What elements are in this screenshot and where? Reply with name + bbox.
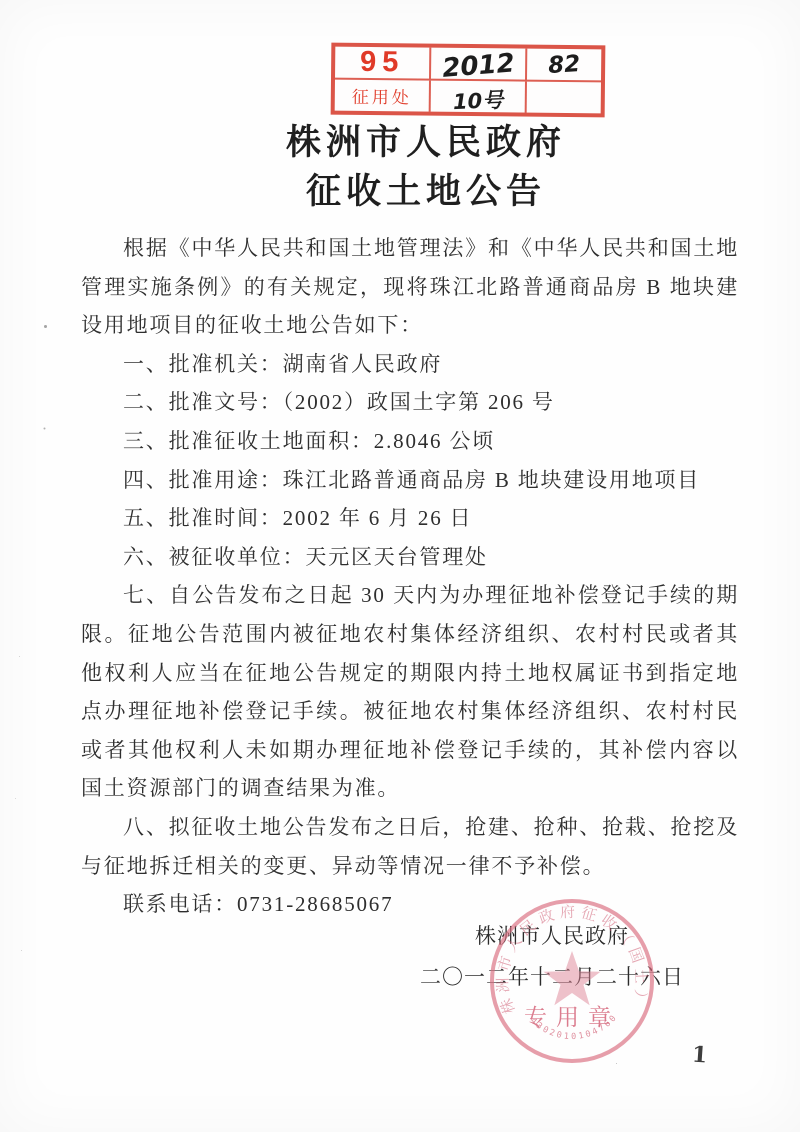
- stamp-cell-file-no: 10号: [431, 81, 527, 113]
- seal-center-text: 专用章: [524, 1005, 620, 1030]
- paragraph-item-8: 八、拟征收土地公告发布之日后，抢建、抢种、抢栽、抢挖及与征地拆迁相关的变更、异动…: [81, 808, 739, 885]
- seal-code: 4302010104760: [528, 1012, 620, 1042]
- signature-block: 株洲市人民政府 二〇一二年十二月二十六日: [413, 916, 691, 998]
- stamp-dept-text: 征用处: [352, 83, 412, 109]
- paragraph-item-4: 四、批准用途：珠江北路普通商品房 B 地块建设用地项目: [81, 461, 739, 500]
- signature-date: 二〇一二年十二月二十六日: [413, 957, 691, 998]
- paragraph-item-3: 三、批准征收土地面积：2.8046 公顷: [81, 422, 739, 461]
- paragraph-item-1: 一、批准机关：湖南省人民政府: [81, 345, 739, 384]
- stamp-cell-year: 2012: [431, 48, 527, 82]
- document-title: 株洲市人民政府 征收土地公告: [26, 118, 800, 216]
- paragraph-item-6: 六、被征收单位：天元区天台管理处: [81, 538, 739, 577]
- title-line-subject: 征收土地公告: [26, 167, 800, 216]
- stamp-cell-empty: [527, 82, 601, 114]
- stamp-cell-serial: 82: [527, 49, 601, 83]
- paragraph-item-2: 二、批准文号：（2002）政国土字第 206 号: [81, 383, 739, 422]
- page-number: 1: [691, 1041, 708, 1068]
- paragraph-intro: 根据《中华人民共和国土地管理法》和《中华人民共和国土地管理实施条例》的有关规定，…: [81, 229, 739, 345]
- paragraph-item-7: 七、自公告发布之日起 30 天内为办理征地补偿登记手续的期限。征地公告范围内被征…: [81, 576, 739, 808]
- handwritten-serial: 82: [547, 51, 581, 79]
- stamp-cell-doc-number: 95: [335, 47, 431, 81]
- document-body: 根据《中华人民共和国土地管理法》和《中华人民共和国土地管理实施条例》的有关规定，…: [81, 229, 739, 924]
- stamp-number-text: 95: [360, 46, 405, 79]
- registry-stamp-box: 95 2012 82 征用处 10号: [331, 43, 606, 118]
- scanned-document-page: 95 2012 82 征用处 10号 株洲市人民政府 征收土地公告 根据《中华人…: [0, 0, 800, 1132]
- seal-code-holder: 4302010104760: [528, 1012, 620, 1042]
- paragraph-item-5: 五、批准时间：2002 年 6 月 26 日: [81, 499, 739, 538]
- stamp-cell-dept: 征用处: [335, 80, 431, 112]
- title-line-issuer: 株洲市人民政府: [26, 118, 800, 167]
- handwritten-file-no: 10号: [452, 84, 503, 116]
- scan-speck-artifacts: [44, 325, 47, 328]
- handwritten-year: 2012: [441, 48, 515, 83]
- signature-issuer: 株洲市人民政府: [413, 916, 691, 957]
